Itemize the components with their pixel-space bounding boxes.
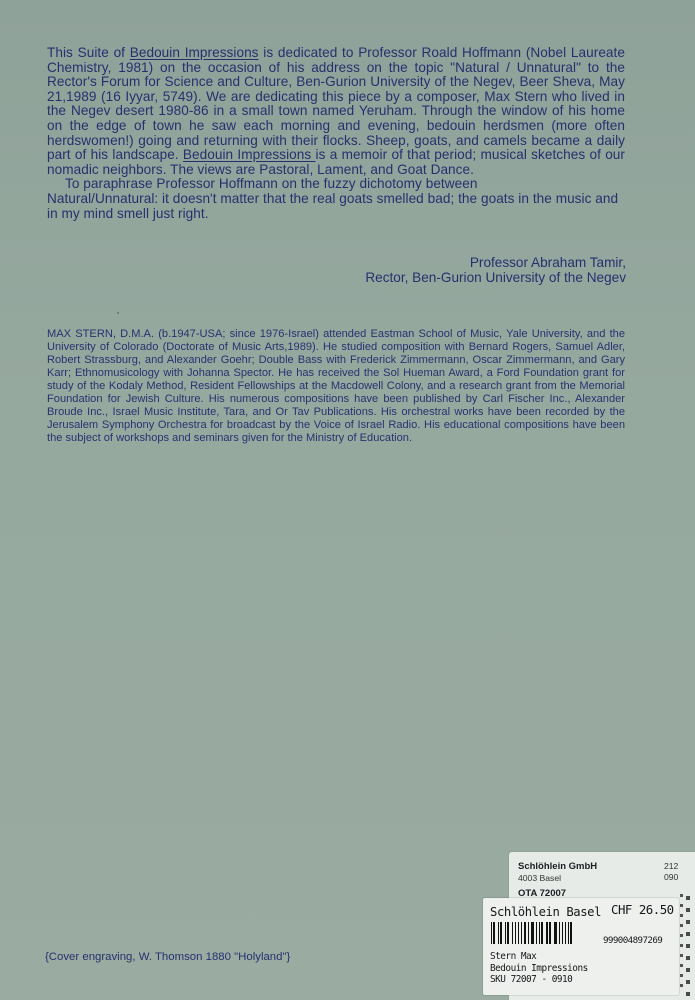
distributor-code-b: 090 [664, 872, 678, 882]
perforation-marks-front [680, 894, 683, 990]
signatory-name: Professor Abraham Tamir, [365, 256, 626, 271]
distributor-city: 4003 Basel [518, 873, 561, 883]
store-name: Schlöhlein Basel [490, 905, 601, 919]
work-title-reference-2: Bedouin Impressions [183, 147, 316, 162]
document-page: This Suite of Bedouin Impressions is ded… [0, 0, 695, 1000]
paraphrase-paragraph: To paraphrase Professor Hoffmann on the … [47, 177, 625, 221]
price-sticker: Schlöhlein Basel CHF 26.50 999004897269 … [483, 898, 679, 995]
dedication-paragraph: This Suite of Bedouin Impressions is ded… [47, 46, 625, 177]
distributor-code-a: 212 [664, 861, 678, 871]
paraphrase-line-1: To paraphrase Professor Hoffmann on the … [65, 176, 477, 191]
signature-block: Professor Abraham Tamir, Rector, Ben-Gur… [365, 256, 626, 286]
dedication-intro: This Suite of [47, 45, 130, 60]
cover-caption: {Cover engraving, W. Thomson 1880 "Holyl… [45, 951, 290, 963]
perforation-marks [686, 896, 690, 996]
composer-biography: MAX STERN, D.M.A. (b.1947-USA; since 197… [47, 328, 625, 445]
work-title-reference: Bedouin Impressions [130, 45, 259, 60]
signatory-title: Rector, Ben-Gurion University of the Neg… [365, 271, 626, 286]
paraphrase-rest: Natural/Unnatural: it doesn't matter tha… [47, 192, 625, 221]
item-composer: Stern Max [490, 951, 588, 963]
barcode-icon [491, 922, 586, 944]
paper-speck [117, 312, 119, 314]
item-details: Stern Max Bedouin Impressions SKU 72007 … [490, 951, 588, 986]
biography-text: MAX STERN, D.M.A. (b.1947-USA; since 197… [47, 328, 625, 445]
item-sku: SKU 72007 - 0910 [490, 974, 588, 986]
price-label: CHF 26.50 [611, 902, 674, 917]
dedication-text: This Suite of Bedouin Impressions is ded… [47, 46, 625, 221]
item-title: Bedouin Impressions [490, 963, 588, 975]
barcode-number: 999004897269 [603, 935, 662, 946]
dedication-body: is dedicated to Professor Roald Hoffmann… [47, 45, 625, 162]
distributor-name: Schlöhlein GmbH [518, 861, 597, 872]
